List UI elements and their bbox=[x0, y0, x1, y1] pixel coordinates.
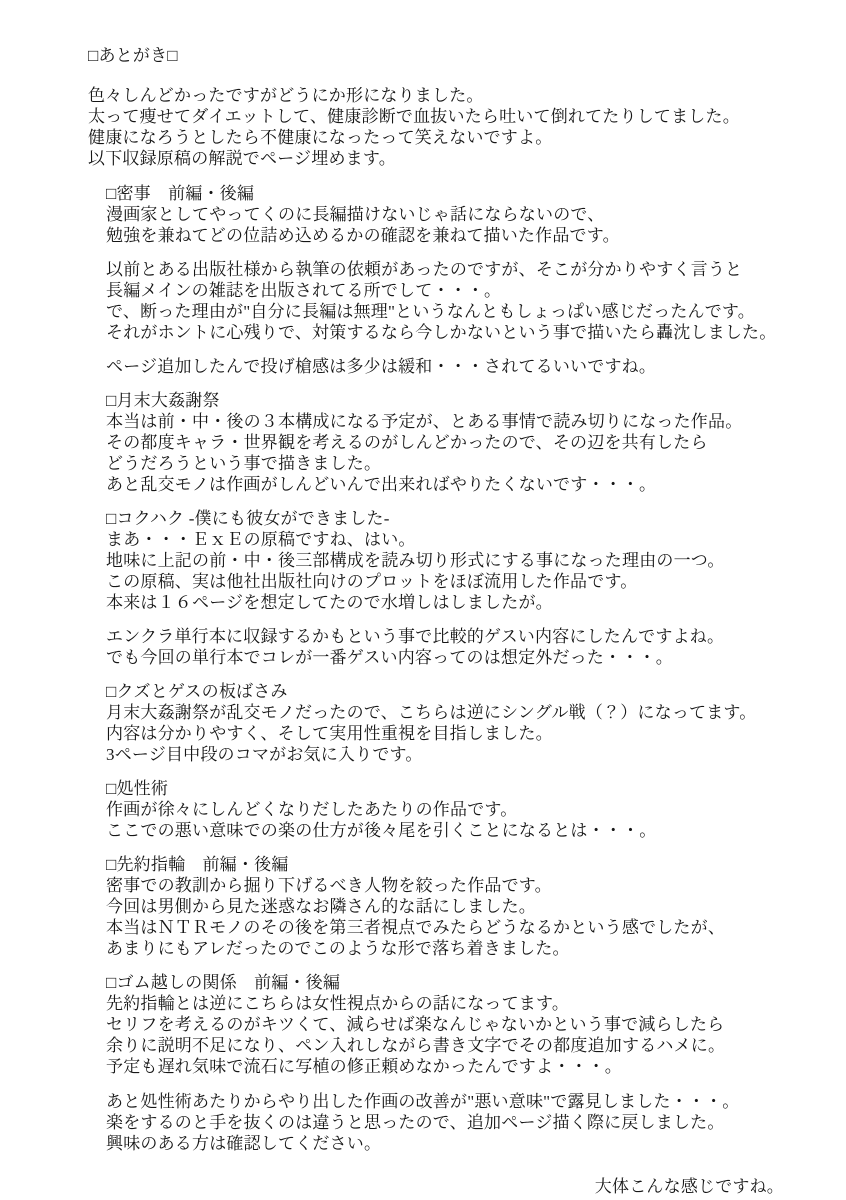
paragraph-line: 内容は分かりやすく、そして実用性重視を目指しました。 bbox=[106, 723, 806, 744]
paragraph-line: 本来は１６ページを想定してたので水増しはしましたが。 bbox=[106, 592, 806, 613]
paragraph-line: 地味に上記の前・中・後三部構成を読み切り形式にする事になった理由の一つ。 bbox=[106, 550, 806, 571]
paragraph-line: 月末大姦謝祭が乱交モノだったので、こちらは逆にシングル戦（？）になってます。 bbox=[106, 702, 806, 723]
section-heading: □先約指輪 前編・後編 bbox=[106, 854, 806, 875]
paragraph-line: 以前とある出版社様から執筆の依頼があったのですが、そこが分かりやすく言うと bbox=[106, 259, 806, 280]
section: □コクハク -僕にも彼女ができました-まあ・・・ＥｘＥの原稿ですね、はい。地味に… bbox=[106, 508, 806, 668]
section-paragraph: 本当は前・中・後の３本構成になる予定が、とある事情で読み切りになった作品。その都… bbox=[106, 411, 806, 495]
paragraph-line: セリフを考えるのがキツくて、減らせば楽なんじゃないかという事で減らしたら bbox=[106, 1014, 806, 1035]
section-heading: □月末大姦謝祭 bbox=[106, 390, 806, 411]
paragraph-line: 予定も遅れ気味で流石に写植の修正頼めなかったんですよ・・・。 bbox=[106, 1056, 806, 1077]
section-heading: □密事 前編・後編 bbox=[106, 183, 806, 204]
paragraph-line: で、断った理由が"自分に長編は無理"というなんともしょっぱい感じだったんです。 bbox=[106, 301, 806, 322]
section-paragraph: 漫画家としてやってくのに長編描けないじゃ話にならないので、勉強を兼ねてどの位詰め… bbox=[106, 204, 806, 246]
section-paragraph: 先約指輪とは逆にこちらは女性視点からの話になってます。セリフを考えるのがキツくて… bbox=[106, 993, 806, 1077]
paragraph-line: その都度キャラ・世界観を考えるのがしんどかったので、その辺を共有したら bbox=[106, 432, 806, 453]
paragraph-line: 長編メインの雑誌を出版されてる所でして・・・。 bbox=[106, 280, 806, 301]
page-title: □あとがき□ bbox=[88, 45, 806, 66]
paragraph-line: 本当はＮＴＲモノのその後を第三者視点でみたらどうなるかという感でしたが、 bbox=[106, 917, 806, 938]
paragraph-line: 余りに説明不足になり、ペン入れしながら書き文字でその都度追加するハメに。 bbox=[106, 1035, 806, 1056]
section: □クズとゲスの板ばさみ月末大姦謝祭が乱交モノだったので、こちらは逆にシングル戦（… bbox=[106, 681, 806, 765]
paragraph-line: エンクラ単行本に収録するかもという事で比較的ゲスい内容にしたんですよね。 bbox=[106, 626, 806, 647]
closing-line: 楽をするのと手を抜くのは違うと思ったので、追加ページ描く際に戻しました。 bbox=[106, 1112, 806, 1133]
afterword-page: □あとがき□ 色々しんどかったですがどうにか形になりました。太って痩せてダイエッ… bbox=[0, 0, 846, 1200]
paragraph-line: 作画が徐々にしんどくなりだしたあたりの作品です。 bbox=[106, 799, 806, 820]
paragraph-line: どうだろうという事で描きました。 bbox=[106, 453, 806, 474]
signoff-line: 大体こんな感じですね。 bbox=[88, 1176, 806, 1197]
section-heading: □処性術 bbox=[106, 778, 806, 799]
section-paragraph: 以前とある出版社様から執筆の依頼があったのですが、そこが分かりやすく言うと長編メ… bbox=[106, 259, 806, 343]
paragraph-line: 先約指輪とは逆にこちらは女性視点からの話になってます。 bbox=[106, 993, 806, 1014]
paragraph-line: 漫画家としてやってくのに長編描けないじゃ話にならないので、 bbox=[106, 204, 806, 225]
sections: □密事 前編・後編漫画家としてやってくのに長編描けないじゃ話にならないので、勉強… bbox=[106, 183, 806, 1077]
section-heading: □コクハク -僕にも彼女ができました- bbox=[106, 508, 806, 529]
section: □ゴム越しの関係 前編・後編先約指輪とは逆にこちらは女性視点からの話になってます… bbox=[106, 972, 806, 1077]
paragraph-line: 密事での教訓から掘り下げるべき人物を絞った作品です。 bbox=[106, 875, 806, 896]
intro-line: 太って痩せてダイエットして、健康診断で血抜いたら吐いて倒れてたりしてました。 bbox=[88, 106, 806, 127]
section: □処性術作画が徐々にしんどくなりだしたあたりの作品です。ここでの悪い意味での楽の… bbox=[106, 778, 806, 841]
paragraph-line: ページ追加したんで投げ槍感は多少は緩和・・・されてるいいですね。 bbox=[106, 356, 806, 377]
intro-line: 以下収録原稿の解説でページ埋めます。 bbox=[88, 148, 806, 169]
section-paragraph: 月末大姦謝祭が乱交モノだったので、こちらは逆にシングル戦（？）になってます。内容… bbox=[106, 702, 806, 765]
intro-line: 色々しんどかったですがどうにか形になりました。 bbox=[88, 85, 806, 106]
paragraph-line: 勉強を兼ねてどの位詰め込めるかの確認を兼ねて描いた作品です。 bbox=[106, 225, 806, 246]
section-paragraph: 密事での教訓から掘り下げるべき人物を絞った作品です。今回は男側から見た迷惑なお隣… bbox=[106, 875, 806, 959]
paragraph-line: でも今回の単行本でコレが一番ゲスい内容ってのは想定外だった・・・。 bbox=[106, 647, 806, 668]
paragraph-line: まあ・・・ＥｘＥの原稿ですね、はい。 bbox=[106, 529, 806, 550]
paragraph-line: それがホントに心残りで、対策するなら今しかないという事で描いたら轟沈しました。 bbox=[106, 322, 806, 343]
paragraph-line: 本当は前・中・後の３本構成になる予定が、とある事情で読み切りになった作品。 bbox=[106, 411, 806, 432]
closing-paragraph: あと処性術あたりからやり出した作画の改善が"悪い意味"で露見しました・・・。楽を… bbox=[106, 1091, 806, 1154]
section-paragraph: エンクラ単行本に収録するかもという事で比較的ゲスい内容にしたんですよね。でも今回… bbox=[106, 626, 806, 668]
section-paragraph: 作画が徐々にしんどくなりだしたあたりの作品です。ここでの悪い意味での楽の仕方が後… bbox=[106, 799, 806, 841]
closing-line: あと処性術あたりからやり出した作画の改善が"悪い意味"で露見しました・・・。 bbox=[106, 1091, 806, 1112]
paragraph-line: 今回は男側から見た迷惑なお隣さん的な話にしました。 bbox=[106, 896, 806, 917]
paragraph-line: ここでの悪い意味での楽の仕方が後々尾を引くことになるとは・・・。 bbox=[106, 820, 806, 841]
paragraph-line: あまりにもアレだったのでこのような形で落ち着きました。 bbox=[106, 938, 806, 959]
section-paragraph: まあ・・・ＥｘＥの原稿ですね、はい。地味に上記の前・中・後三部構成を読み切り形式… bbox=[106, 529, 806, 613]
section: □先約指輪 前編・後編密事での教訓から掘り下げるべき人物を絞った作品です。今回は… bbox=[106, 854, 806, 959]
intro-paragraph: 色々しんどかったですがどうにか形になりました。太って痩せてダイエットして、健康診… bbox=[88, 85, 806, 169]
paragraph-line: 3ページ目中段のコマがお気に入りです。 bbox=[106, 744, 806, 765]
section: □密事 前編・後編漫画家としてやってくのに長編描けないじゃ話にならないので、勉強… bbox=[106, 183, 806, 377]
intro-line: 健康になろうとしたら不健康になったって笑えないですよ。 bbox=[88, 127, 806, 148]
section-heading: □クズとゲスの板ばさみ bbox=[106, 681, 806, 702]
section-paragraph: ページ追加したんで投げ槍感は多少は緩和・・・されてるいいですね。 bbox=[106, 356, 806, 377]
paragraph-line: この原稿、実は他社出版社向けのプロットをほぼ流用した作品です。 bbox=[106, 571, 806, 592]
paragraph-line: あと乱交モノは作画がしんどいんで出来ればやりたくないです・・・。 bbox=[106, 474, 806, 495]
section: □月末大姦謝祭本当は前・中・後の３本構成になる予定が、とある事情で読み切りになっ… bbox=[106, 390, 806, 495]
closing-line: 興味のある方は確認してください。 bbox=[106, 1133, 806, 1154]
section-heading: □ゴム越しの関係 前編・後編 bbox=[106, 972, 806, 993]
